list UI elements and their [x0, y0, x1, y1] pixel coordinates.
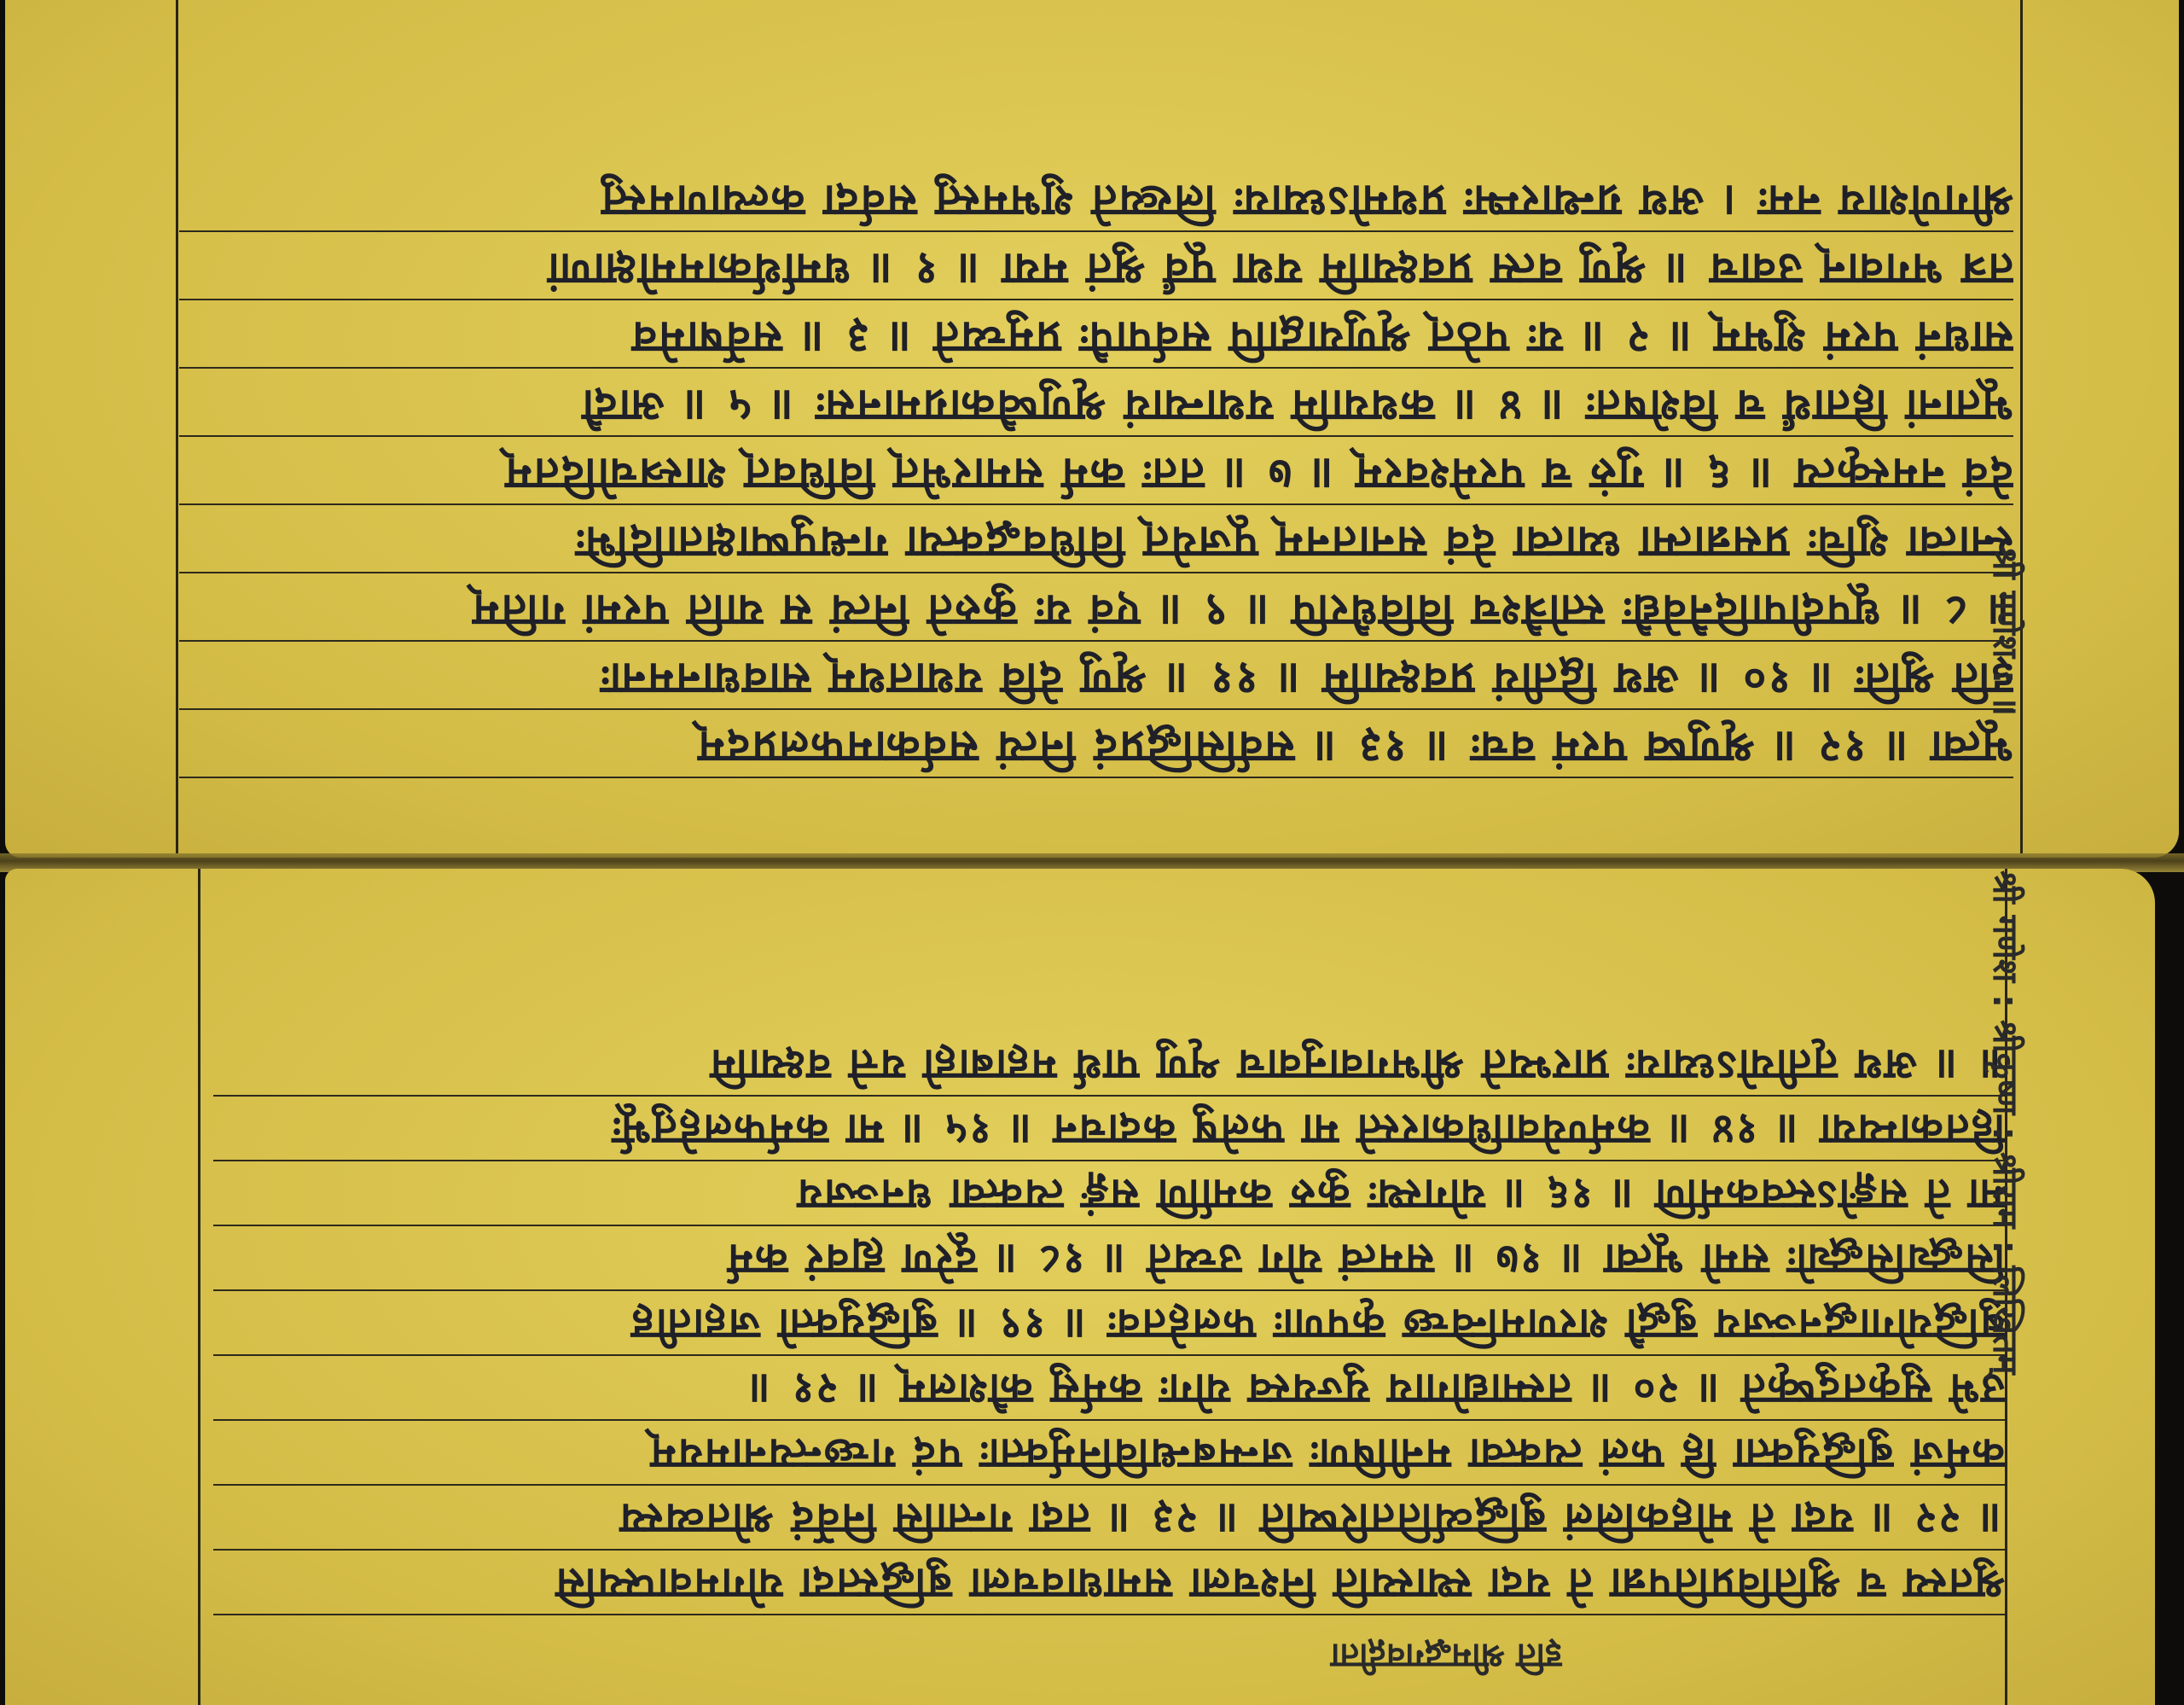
text-line: हितकाम्यया ॥ १४ ॥ कर्मण्येवाधिकारस्ते मा… — [205, 1102, 2005, 1158]
right-margin-rule-top — [2020, 0, 2023, 853]
text-line: श्रीगणेशाय नमः । अथ ग्रन्थारम्भः प्रथमोऽ… — [154, 171, 2013, 230]
text-line: बुद्धियोगाद्धनञ्जय बुद्धौ शरणमन्विच्छ कृ… — [205, 1296, 2005, 1353]
text-line: उभे सुकृतदुष्कृते ॥ २० ॥ तस्माद्योगाय यु… — [205, 1361, 2005, 1417]
text-line: ॥ ८ ॥ धूपदीपादिनैवेद्यैः स्तोत्रैश्च विव… — [154, 580, 2013, 640]
text-line: सिद्ध्यसिद्ध्योः समो भूत्वा ॥ १७ ॥ समत्व… — [205, 1231, 2005, 1288]
text-line: भूत्वा ॥ १२ ॥ श्रृणुष्व परमं वचः ॥ १३ ॥ … — [154, 717, 2013, 777]
footer-note: इति श्रीमद्भगवद्गीता — [1331, 1634, 1562, 1681]
text-line: इति श्रुतिः ॥ १० ॥ अथ द्वितीयं प्रवक्ष्य… — [154, 649, 2013, 708]
text-line: ॥ ॥ अथ तृतीयोऽध्यायः प्रारभ्यते श्रीभगवा… — [205, 1037, 2005, 1093]
text-line: साधनं परमं शुभम् ॥ २ ॥ यः पठेत् श्रृणुया… — [154, 307, 2013, 367]
ruled-line — [213, 1095, 2005, 1097]
text-line: देवं नमस्कृत्य ॥ ६ ॥ गुरुं च परमेश्वरम् … — [154, 444, 2013, 503]
ruled-line — [213, 1419, 2005, 1421]
top-margin-note: श्री गणेश : ॥ — [1984, 546, 2030, 716]
ruled-line — [213, 1484, 2005, 1486]
ruled-line — [179, 708, 2013, 710]
text-line: श्रुतस्य च श्रुतिविप्रतिपन्ना ते यदा स्थ… — [205, 1556, 2005, 1612]
top-text-block: श्रीगणेशाय नमः । अथ ग्रन्थारम्भः प्रथमोऽ… — [154, 171, 2013, 794]
text-line: तत्र भगवान् उवाच ॥ श्रृणु वत्स प्रवक्ष्य… — [154, 239, 2013, 299]
text-line: ॥ २२ ॥ यदा ते मोहकलिलं बुद्धिर्व्यतितरिष… — [205, 1491, 2005, 1547]
text-line: कर्मजं बुद्धियुक्ता हि फलं त्यक्त्वा मनी… — [205, 1426, 2005, 1482]
ruled-line — [179, 367, 2013, 369]
ruled-line — [213, 1225, 2005, 1226]
ruled-line — [213, 1614, 2005, 1615]
ruled-line — [179, 230, 2013, 232]
left-margin-rule-bottom — [198, 869, 200, 1705]
ruled-line — [179, 640, 2013, 642]
bottom-margin-note: श्री गणेश : श्रीकृष्ण : श्रीराम : लिखितम… — [1984, 870, 2030, 1375]
ruled-line — [213, 1354, 2005, 1356]
bottom-text-block: ॥ ॥ अथ तृतीयोऽध्यायः प्रारभ्यते श्रीभगवा… — [205, 1037, 2005, 1617]
text-line: मा ते सङ्गोऽस्त्वकर्मणि ॥ १६ ॥ योगस्थः क… — [205, 1167, 2005, 1223]
ruled-line — [213, 1549, 2005, 1551]
ruled-line — [213, 1160, 2005, 1161]
ruled-line — [179, 777, 2013, 778]
ruled-line — [179, 503, 2013, 505]
ruled-line — [179, 435, 2013, 437]
ruled-line — [179, 572, 2013, 573]
ruled-line — [213, 1289, 2005, 1291]
text-line: स्नात्वा शुचिः प्रसन्नात्मा ध्यात्वा देव… — [154, 512, 2013, 572]
ruled-line — [179, 299, 2013, 300]
text-line: भूतानां हितार्थं च विशेषतः ॥ ४ ॥ कथयामि … — [154, 375, 2013, 435]
